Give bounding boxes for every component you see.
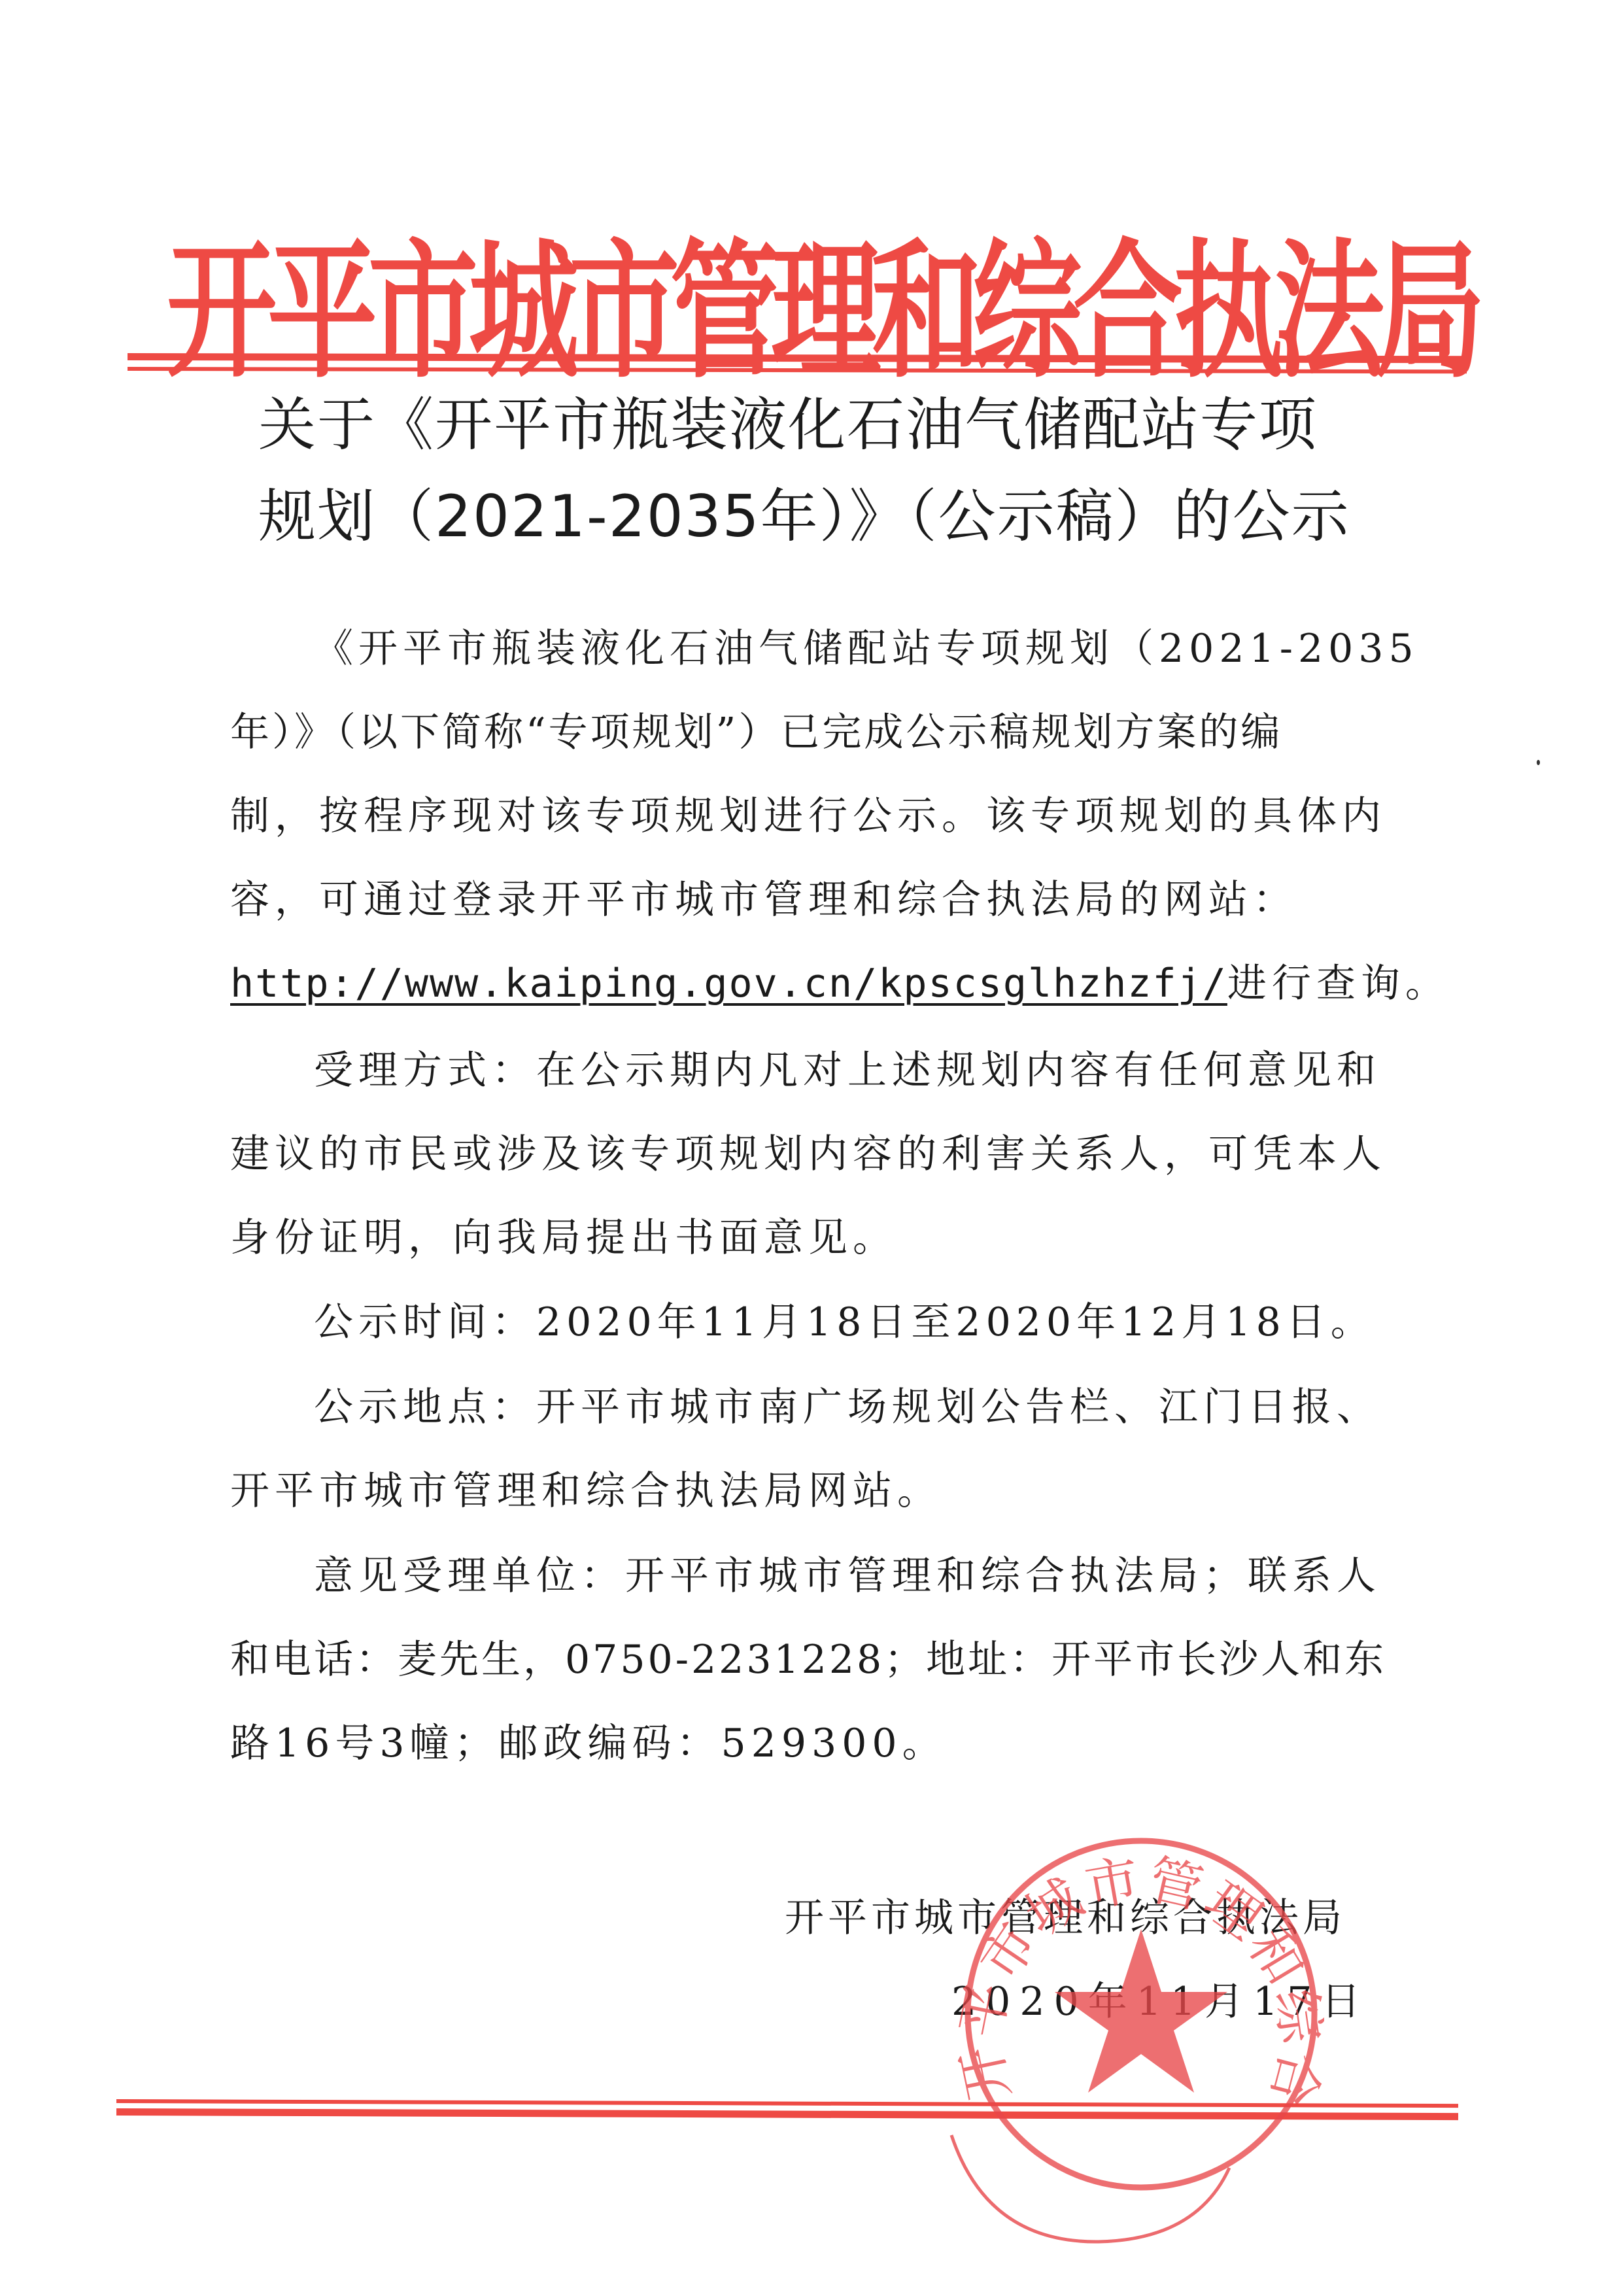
- title-line-1: 关于《开平市瓶装液化石油气储配站专项: [258, 379, 1370, 471]
- acceptance-line-1: 受理方式：在公示期内凡对上述规划内容有任何意见和: [314, 1044, 1381, 1097]
- footer-rule-thick: [116, 2108, 1458, 2120]
- intro-line-3: 制，按程序现对该专项规划进行公示。该专项规划的具体内: [230, 790, 1386, 842]
- acceptance-line-2: 建议的市民或涉及该专项规划内容的利害关系人，可凭本人: [230, 1128, 1386, 1180]
- intro-line-5-suffix: 进行查询。: [1227, 961, 1450, 1006]
- signature-organization: 开平市城市管理和综合执法局: [785, 1887, 1346, 1943]
- period-line-1: 公示时间：2020年11月18日至2020年12月18日。: [314, 1296, 1375, 1348]
- website-link[interactable]: http://www.kaiping.gov.cn/kpscsglhzhzfj/: [230, 961, 1227, 1006]
- signature-date: 2020年11月17日: [951, 1970, 1369, 2027]
- document-title: 关于《开平市瓶装液化石油气储配站专项 规划（2021-2035年）》（公示稿）的…: [258, 379, 1370, 562]
- document-page: 开平市城市管理和综合执法局 关于《开平市瓶装液化石油气储配站专项 规划（2021…: [0, 0, 1623, 2296]
- intro-line-1: 《开平市瓶装液化石油气储配站专项规划（2021-2035: [314, 623, 1419, 675]
- contact-line-1: 意见受理单位：开平市城市管理和综合执法局；联系人: [314, 1550, 1381, 1602]
- contact-line-3: 路16号3幢；邮政编码：529300。: [230, 1717, 947, 1770]
- intro-line-2: 年）》（以下简称“专项规划”）已完成公示稿规划方案的编: [230, 706, 1282, 759]
- location-line-2: 开平市城市管理和综合执法局网站。: [230, 1465, 942, 1517]
- intro-line-4: 容，可通过登录开平市城市管理和综合执法局的网站：: [230, 874, 1297, 926]
- scan-speck: [1537, 760, 1540, 765]
- seal-shadow-arc: [948, 2132, 1249, 2250]
- location-line-1: 公示地点：开平市城市南广场规划公告栏、江门日报、: [314, 1381, 1381, 1433]
- acceptance-line-3: 身份证明，向我局提出书面意见。: [230, 1212, 897, 1264]
- footer-rule-thin: [116, 2099, 1458, 2108]
- intro-line-5: http://www.kaiping.gov.cn/kpscsglhzhzfj/…: [230, 957, 1450, 1010]
- contact-line-2: 和电话：麦先生，0750-2231228；地址：开平市长沙人和东: [230, 1634, 1386, 1686]
- title-line-2: 规划（2021-2035年）》（公示稿）的公示: [258, 471, 1370, 562]
